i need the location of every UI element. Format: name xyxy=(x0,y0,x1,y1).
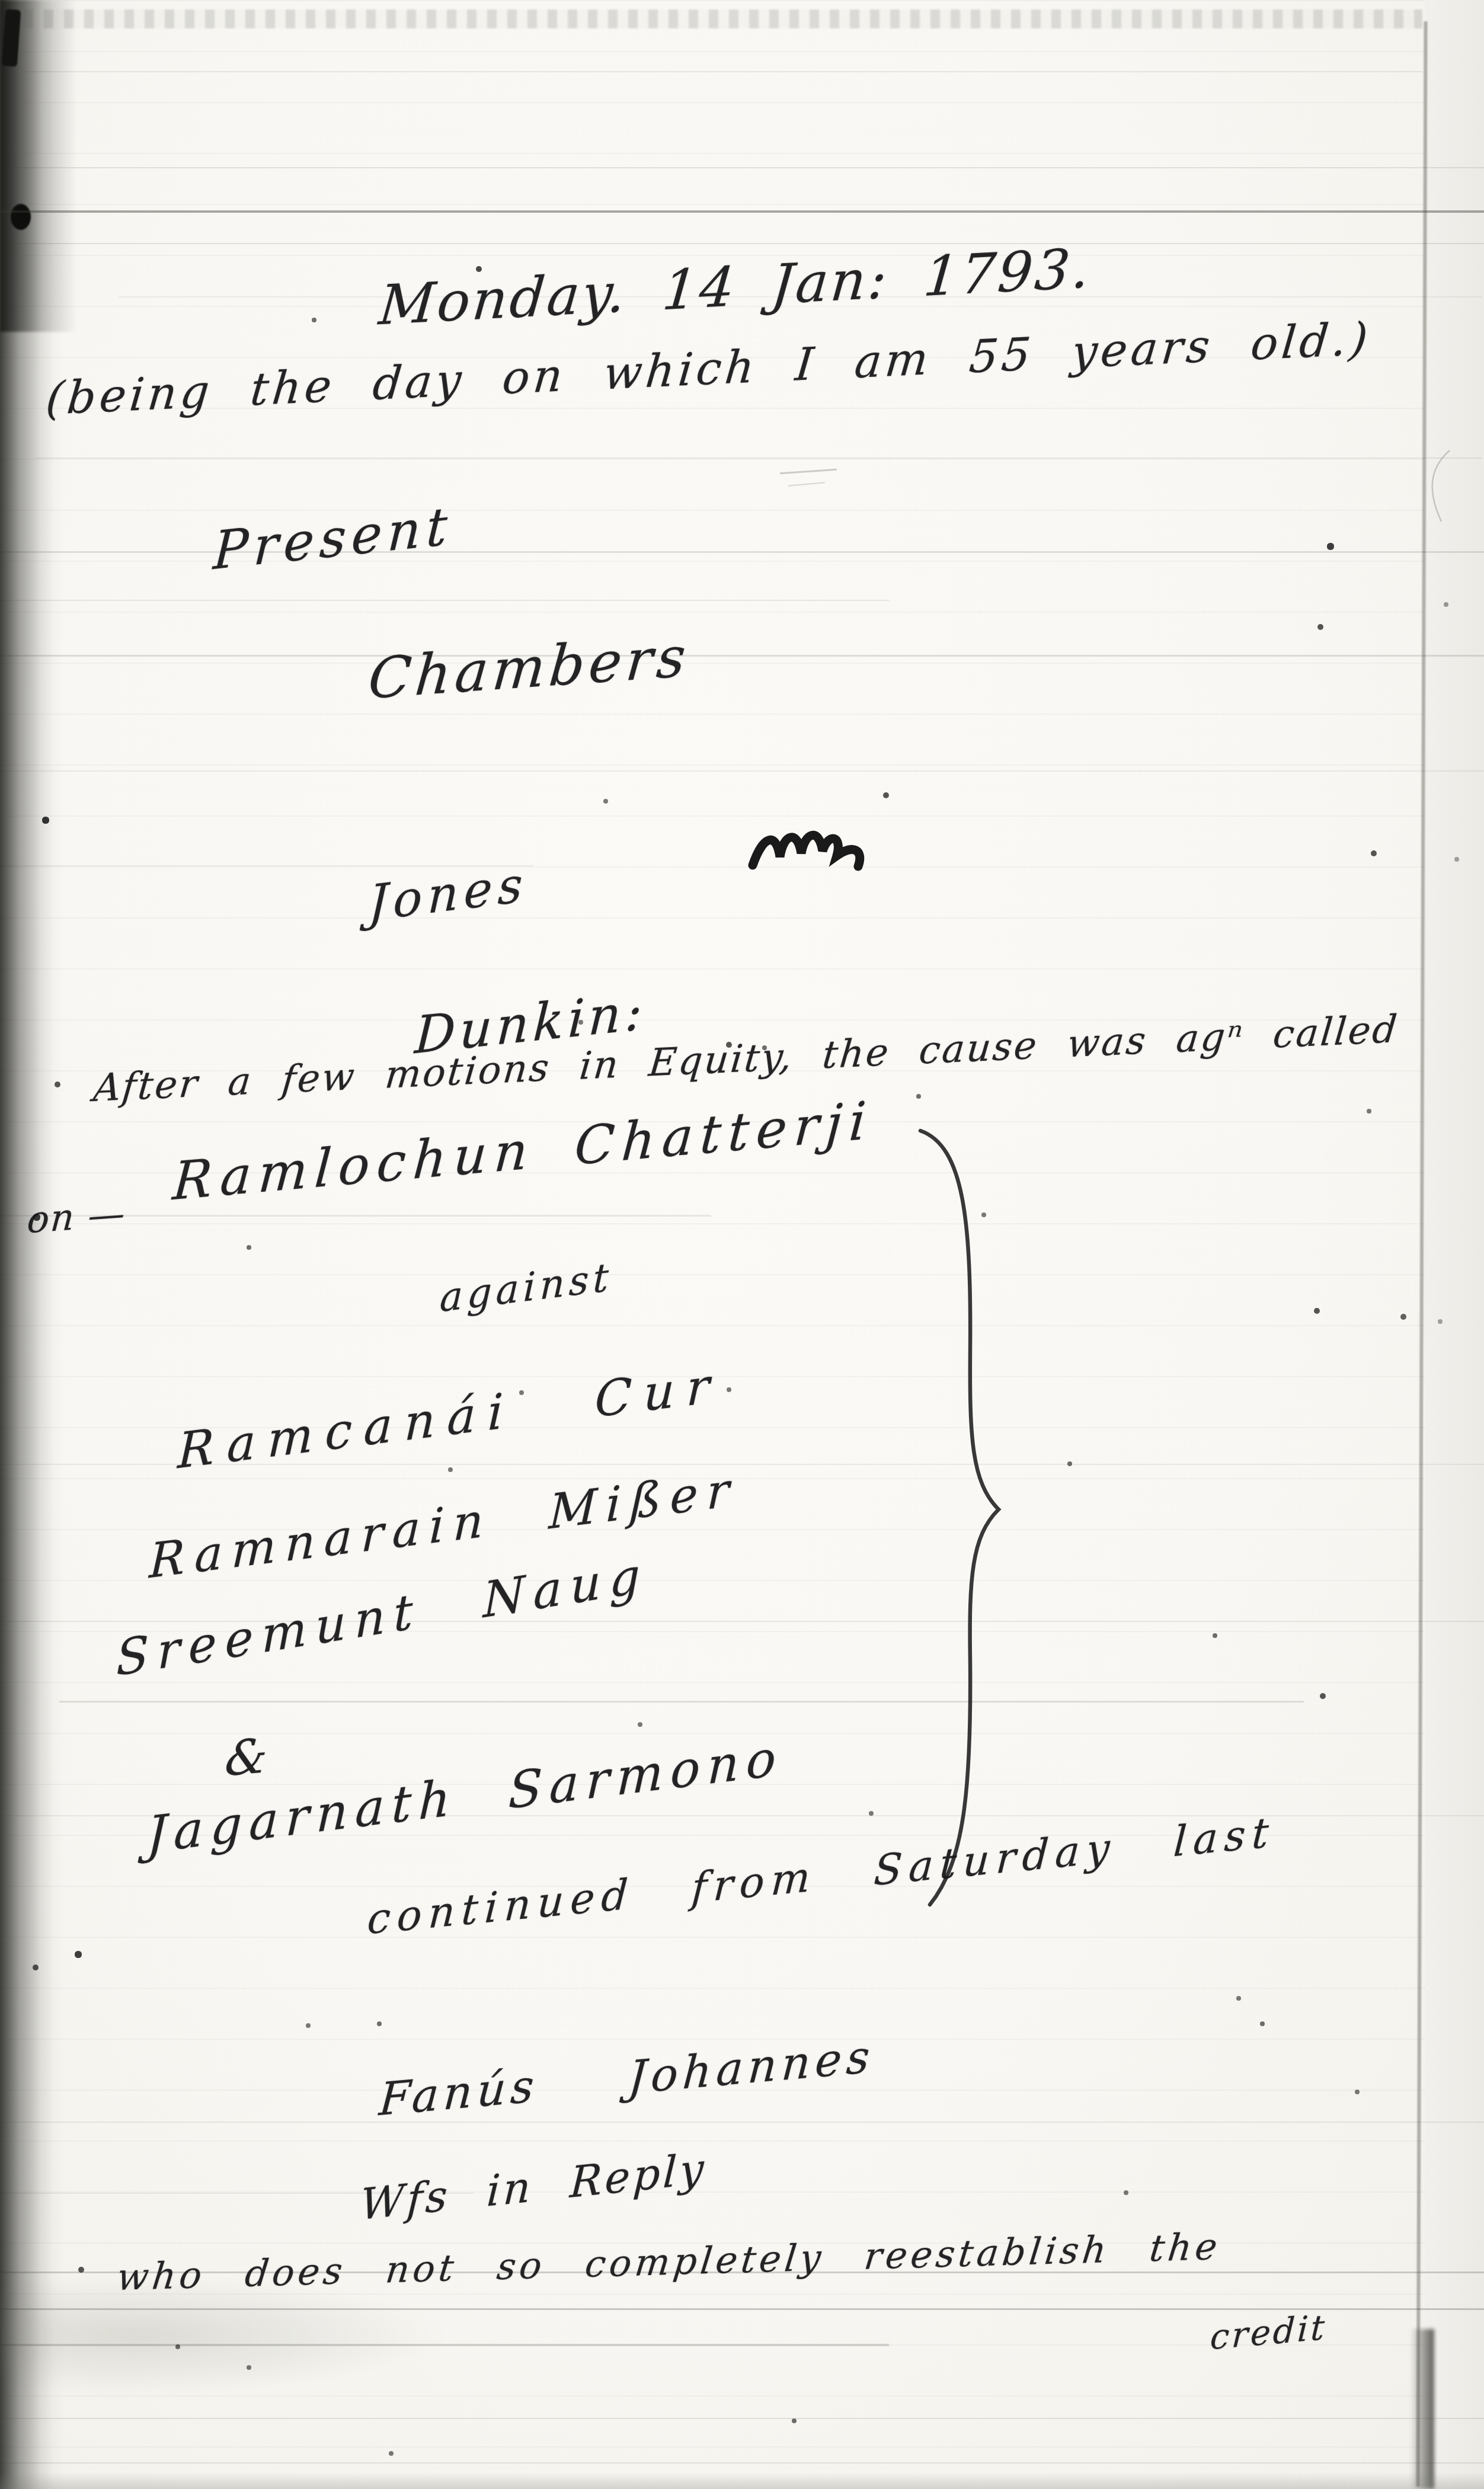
edge-crease-mark xyxy=(1421,448,1463,525)
continuation-note: continued from Saturday last xyxy=(366,1807,1277,1944)
edge-shadow-bottom xyxy=(1411,2329,1434,2489)
age-note-line: (being the day on which I am 55 years ol… xyxy=(44,312,1374,425)
paper-line-artifact xyxy=(59,1701,1304,1703)
present-heading: Present xyxy=(212,495,454,582)
plaintiff-name: Ramlochun Chatterji xyxy=(171,1089,875,1212)
adjacent-page-strip xyxy=(1425,0,1484,2489)
cause-prefix: on — xyxy=(25,1191,127,1242)
grouping-brace xyxy=(916,1127,1010,1915)
testimony-carryover: credit xyxy=(1209,2306,1328,2357)
judge-name: Chambers xyxy=(366,625,692,712)
manuscript-page: Monday. 14 Jan: 1793. (being the day on … xyxy=(0,0,1484,2489)
paper-line-artifact xyxy=(0,770,1484,772)
bottom-scan-smear xyxy=(0,2472,1484,2489)
top-scan-band xyxy=(24,9,1422,28)
testimony-line: who does not so completely reestablish t… xyxy=(115,2225,1223,2299)
paper-line-artifact xyxy=(0,600,889,601)
paper-line-artifact xyxy=(0,2418,1484,2419)
defendant-name: Ramnarain Mißer xyxy=(148,1461,739,1589)
paper-line-artifact xyxy=(0,2462,1484,2464)
paper-line-artifact xyxy=(0,2122,1484,2123)
ampersand: & xyxy=(223,1727,271,1787)
judge-name: Jones xyxy=(367,856,529,932)
paper-line-artifact xyxy=(36,458,1482,459)
paper-line-artifact xyxy=(0,2344,889,2346)
witness-role-line: Wfs in Reply xyxy=(359,2143,708,2229)
defendant-name: Ramcanái Cur xyxy=(177,1357,722,1480)
witness-name: Fanús Johannes xyxy=(378,2029,876,2126)
binding-ink-blob xyxy=(11,204,31,230)
versus-label: against xyxy=(439,1254,613,1322)
paper-line-artifact xyxy=(0,167,1484,168)
date-line: Monday. 14 Jan: 1793. xyxy=(376,236,1095,338)
faint-dash-mark xyxy=(788,482,825,486)
paper-line-artifact xyxy=(0,655,1484,657)
ink-blot-scribble xyxy=(747,821,880,879)
paper-line-artifact xyxy=(0,243,1484,244)
proceedings-line: After a few motions in Equity, the cause… xyxy=(91,1007,1400,1111)
paper-line-artifact xyxy=(0,210,1484,213)
faint-dash-mark xyxy=(780,469,837,475)
paper-line-artifact xyxy=(0,2308,1484,2310)
paper-line-artifact xyxy=(24,71,1422,72)
